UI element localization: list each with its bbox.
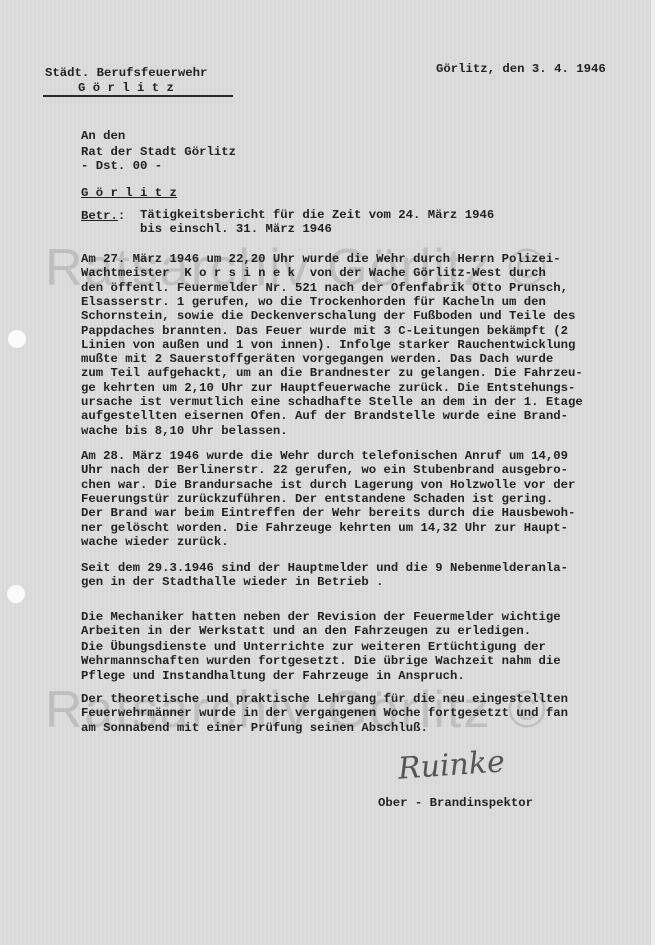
subject-label-text: Betr. xyxy=(81,209,118,223)
paragraph-4-line: Die Mechaniker hatten neben der Revision… xyxy=(81,610,561,624)
paragraph-6-line: Der theoretische und praktische Lehrgang… xyxy=(81,692,568,706)
paragraph-1-line: ursache ist vermutlich eine schadhafte S… xyxy=(81,395,583,409)
punch-hole-top xyxy=(8,330,26,348)
paragraph-3-line: gen in der Stadthalle wieder in Betrieb … xyxy=(81,575,384,589)
paragraph-2-line: Feuerungstür zurückzuführen. Der entstan… xyxy=(81,492,553,506)
paragraph-1-line: Wachtmeister K o r s i n e k von der Wac… xyxy=(81,266,546,280)
paragraph-1-line: zum Teil aufgehackt, um an die Brandnest… xyxy=(81,366,583,380)
paragraph-1-line: Am 27. März 1946 um 22,20 Uhr wurde die … xyxy=(81,252,561,266)
punch-hole-bottom xyxy=(7,585,25,603)
paragraph-3-line: Seit dem 29.3.1946 sind der Hauptmelder … xyxy=(81,561,568,575)
paragraph-2-line: wache wieder zurück. xyxy=(81,535,229,549)
paragraph-1-line: Elsasserstr. 1 gerufen, wo die Trockenho… xyxy=(81,295,546,309)
paragraph-1-line: aufgestellten eisernen Ofen. Auf der Bra… xyxy=(81,409,568,423)
paragraph-5-line: Wehrmannschaften wurden fortgesetzt. Die… xyxy=(81,654,561,668)
paragraph-2-line: ner gelöscht worden. Die Fahrzeuge kehrt… xyxy=(81,521,568,535)
subject-colon: : xyxy=(118,209,125,223)
paragraph-6-line: Feuerwehrmänner wurde in der vergangenen… xyxy=(81,706,568,720)
paragraph-1-line: Schornstein, sowie die Deckenverschalung… xyxy=(81,309,575,323)
paragraph-2-line: Am 28. März 1946 wurde die Wehr durch te… xyxy=(81,449,568,463)
paragraph-2-line: Uhr nach der Berlinerstr. 22 gerufen, wo… xyxy=(81,463,568,477)
handwritten-signature: Ruinke xyxy=(397,744,506,786)
paragraph-5-line: Die Übungsdienste und Unterrichte zur we… xyxy=(81,640,546,654)
subject-line-2: bis einschl. 31. März 1946 xyxy=(140,222,332,236)
paragraph-1-line: Pappdaches brannten. Das Feuer wurde mit… xyxy=(81,324,568,338)
recipient-line-1: An den xyxy=(81,129,125,143)
signatory-title: Ober - Brandinspektor xyxy=(378,796,533,810)
paragraph-1-line: mußte mit 2 Sauerstoffgeräten vorgegange… xyxy=(81,352,553,366)
paragraph-1-line: wache bis 8,10 Uhr belassen. xyxy=(81,424,288,438)
paragraph-1-line: Linien von außen und 1 von innen). Infol… xyxy=(81,338,575,352)
paragraph-1-line: den öffentl. Feuermelder Nr. 521 nach de… xyxy=(81,281,568,295)
paragraph-5-line: Pflege und Instandhaltung der Fahrzeuge … xyxy=(81,669,465,683)
recipient-line-2: Rat der Stadt Görlitz xyxy=(81,145,236,159)
letterhead-underline xyxy=(43,95,233,97)
paragraph-4-line: Arbeiten in der Werkstatt und an den Fah… xyxy=(81,624,531,638)
sender-name: Städt. Berufsfeuerwehr xyxy=(45,66,207,80)
subject-label: Betr.: xyxy=(81,209,125,223)
sender-city: G ö r l i t z xyxy=(78,81,174,95)
paragraph-2-line: chen war. Die Brandursache ist durch Lag… xyxy=(81,478,575,492)
recipient-line-3: - Dst. 00 - xyxy=(81,159,162,173)
place-date: Görlitz, den 3. 4. 1946 xyxy=(436,62,606,76)
subject-line-1: Tätigkeitsbericht für die Zeit vom 24. M… xyxy=(140,208,494,222)
recipient-city: G ö r l i t z xyxy=(81,186,177,200)
paragraph-6-line: am Sonnabend mit einer Prüfung seinen Ab… xyxy=(81,721,428,735)
paragraph-1-line: ge kehrten um 2,10 Uhr zur Hauptfeuerwac… xyxy=(81,381,575,395)
page-edge xyxy=(651,0,655,945)
paragraph-2-line: Der Brand war beim Eintreffen der Wehr b… xyxy=(81,506,575,520)
